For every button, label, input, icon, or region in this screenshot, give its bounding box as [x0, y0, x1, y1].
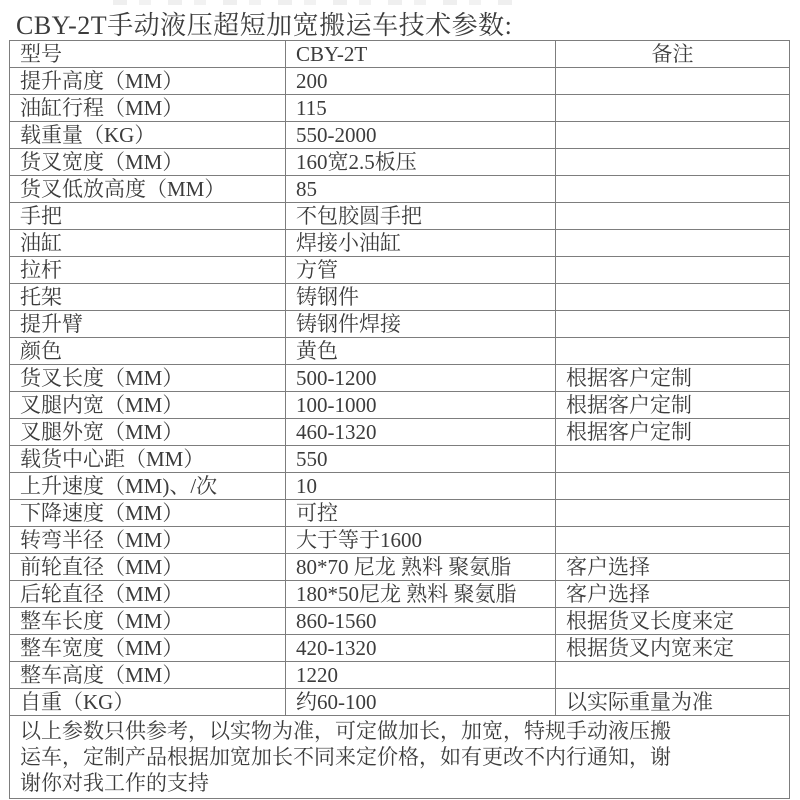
param-cell: 手把	[10, 203, 286, 230]
table-row: 手把 不包胶圆手把	[10, 203, 790, 230]
table-row: 整车宽度（MM） 420-1320 根据货叉内宽来定	[10, 635, 790, 662]
table-row: 货叉宽度（MM） 160宽2.5板压	[10, 149, 790, 176]
param-cell: 后轮直径（MM）	[10, 581, 286, 608]
table-body: 提升高度（MM） 200 油缸行程（MM） 115 载重量（KG） 550-20…	[10, 68, 790, 716]
table-row: 颜色 黄色	[10, 338, 790, 365]
note-cell: 根据货叉长度来定	[556, 608, 790, 635]
param-cell: 整车宽度（MM）	[10, 635, 286, 662]
note-cell	[556, 149, 790, 176]
param-cell: 托架	[10, 284, 286, 311]
note-cell	[556, 257, 790, 284]
note-cell	[556, 230, 790, 257]
value-cell: 可控	[286, 500, 556, 527]
note-cell	[556, 527, 790, 554]
param-cell: 叉腿外宽（MM）	[10, 419, 286, 446]
value-cell: 焊接小油缸	[286, 230, 556, 257]
value-cell: 500-1200	[286, 365, 556, 392]
value-cell: 180*50尼龙 熟料 聚氨脂	[286, 581, 556, 608]
header-row: 型号 CBY-2T 备注	[10, 41, 790, 68]
param-cell: 颜色	[10, 338, 286, 365]
table-row: 提升臂 铸钢件焊接	[10, 311, 790, 338]
value-cell: 85	[286, 176, 556, 203]
table-row: 转弯半径（MM） 大于等于1600	[10, 527, 790, 554]
value-cell: 550	[286, 446, 556, 473]
footer-line: 谢你对我工作的支持	[20, 770, 779, 796]
note-cell: 根据客户定制	[556, 392, 790, 419]
param-cell: 前轮直径（MM）	[10, 554, 286, 581]
footer-line: 运车，定制产品根据加宽加长不同来定价格，如有更改不内行通知，谢	[20, 744, 779, 770]
table-row: 上升速度（MM)、/次 10	[10, 473, 790, 500]
param-cell: 货叉长度（MM）	[10, 365, 286, 392]
table-row: 载货中心距（MM） 550	[10, 446, 790, 473]
note-cell	[556, 68, 790, 95]
param-cell: 货叉低放高度（MM）	[10, 176, 286, 203]
table-row: 提升高度（MM） 200	[10, 68, 790, 95]
header-model-value: CBY-2T	[286, 41, 556, 68]
value-cell: 460-1320	[286, 419, 556, 446]
value-cell: 115	[286, 95, 556, 122]
note-cell	[556, 500, 790, 527]
param-cell: 整车长度（MM）	[10, 608, 286, 635]
value-cell: 铸钢件	[286, 284, 556, 311]
note-cell	[556, 176, 790, 203]
note-cell: 根据客户定制	[556, 365, 790, 392]
param-cell: 载重量（KG）	[10, 122, 286, 149]
note-cell	[556, 473, 790, 500]
param-cell: 上升速度（MM)、/次	[10, 473, 286, 500]
param-cell: 整车高度（MM）	[10, 662, 286, 689]
param-cell: 货叉宽度（MM）	[10, 149, 286, 176]
header-model: 型号	[10, 41, 286, 68]
param-cell: 提升高度（MM）	[10, 68, 286, 95]
note-cell: 根据货叉内宽来定	[556, 635, 790, 662]
value-cell: 大于等于1600	[286, 527, 556, 554]
note-cell	[556, 95, 790, 122]
table-row: 载重量（KG） 550-2000	[10, 122, 790, 149]
note-cell: 根据客户定制	[556, 419, 790, 446]
table-row: 叉腿内宽（MM） 100-1000 根据客户定制	[10, 392, 790, 419]
param-cell: 油缸	[10, 230, 286, 257]
value-cell: 约60-100	[286, 689, 556, 716]
note-cell	[556, 662, 790, 689]
value-cell: 860-1560	[286, 608, 556, 635]
table-row: 油缸行程（MM） 115	[10, 95, 790, 122]
value-cell: 方管	[286, 257, 556, 284]
table-row: 下降速度（MM） 可控	[10, 500, 790, 527]
footer-note: 以上参数只供参考，以实物为准，可定做加长，加宽，特规手动液压搬运车，定制产品根据…	[10, 716, 790, 799]
value-cell: 1220	[286, 662, 556, 689]
param-cell: 转弯半径（MM）	[10, 527, 286, 554]
param-cell: 自重（KG）	[10, 689, 286, 716]
param-cell: 油缸行程（MM）	[10, 95, 286, 122]
note-cell: 客户选择	[556, 581, 790, 608]
value-cell: 100-1000	[286, 392, 556, 419]
table-row: 货叉低放高度（MM） 85	[10, 176, 790, 203]
page-title: CBY-2T手动液压超短加宽搬运车技术参数:	[16, 5, 512, 42]
table-row: 油缸 焊接小油缸	[10, 230, 790, 257]
table-row: 叉腿外宽（MM） 460-1320 根据客户定制	[10, 419, 790, 446]
value-cell: 不包胶圆手把	[286, 203, 556, 230]
note-cell	[556, 338, 790, 365]
footer-row: 以上参数只供参考，以实物为准，可定做加长，加宽，特规手动液压搬运车，定制产品根据…	[10, 716, 790, 799]
table-row: 整车高度（MM） 1220	[10, 662, 790, 689]
value-cell: 420-1320	[286, 635, 556, 662]
table-row: 货叉长度（MM） 500-1200 根据客户定制	[10, 365, 790, 392]
spec-table: 型号 CBY-2T 备注 提升高度（MM） 200 油缸行程（MM） 115 载…	[9, 40, 790, 799]
page: CBY-2T手动液压超短加宽搬运车技术参数: 型号 CBY-2T 备注 提升高度…	[0, 0, 800, 800]
table-row: 后轮直径（MM） 180*50尼龙 熟料 聚氨脂 客户选择	[10, 581, 790, 608]
note-cell: 以实际重量为准	[556, 689, 790, 716]
table-row: 自重（KG） 约60-100 以实际重量为准	[10, 689, 790, 716]
value-cell: 200	[286, 68, 556, 95]
value-cell: 80*70 尼龙 熟料 聚氨脂	[286, 554, 556, 581]
value-cell: 550-2000	[286, 122, 556, 149]
value-cell: 黄色	[286, 338, 556, 365]
note-cell	[556, 122, 790, 149]
value-cell: 10	[286, 473, 556, 500]
param-cell: 拉杆	[10, 257, 286, 284]
note-cell	[556, 284, 790, 311]
note-cell	[556, 203, 790, 230]
value-cell: 160宽2.5板压	[286, 149, 556, 176]
param-cell: 下降速度（MM）	[10, 500, 286, 527]
param-cell: 载货中心距（MM）	[10, 446, 286, 473]
note-cell	[556, 446, 790, 473]
table-row: 整车长度（MM） 860-1560 根据货叉长度来定	[10, 608, 790, 635]
table-row: 前轮直径（MM） 80*70 尼龙 熟料 聚氨脂 客户选择	[10, 554, 790, 581]
param-cell: 叉腿内宽（MM）	[10, 392, 286, 419]
param-cell: 提升臂	[10, 311, 286, 338]
note-cell	[556, 311, 790, 338]
table-row: 托架 铸钢件	[10, 284, 790, 311]
note-cell: 客户选择	[556, 554, 790, 581]
header-remark: 备注	[556, 41, 790, 68]
footer-line: 以上参数只供参考，以实物为准，可定做加长，加宽，特规手动液压搬	[20, 718, 779, 744]
value-cell: 铸钢件焊接	[286, 311, 556, 338]
table-row: 拉杆 方管	[10, 257, 790, 284]
